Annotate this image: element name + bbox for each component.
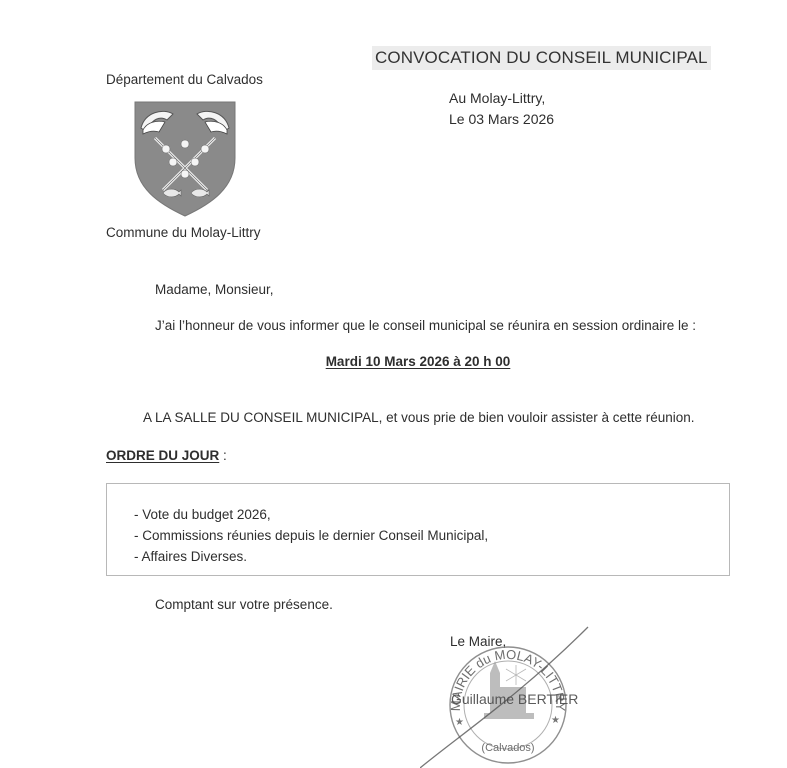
meeting-datetime: Mardi 10 Mars 2026 à 20 h 00 [0,354,787,369]
date-line: Le 03 Mars 2026 [449,111,554,127]
agenda-heading-text: ORDRE DU JOUR [106,448,219,463]
document-title: CONVOCATION DU CONSEIL MUNICIPAL [372,46,711,70]
commune-label: Commune du Molay-Littry [106,225,261,240]
signatory-name: Guillaume BERTIER [451,691,578,707]
agenda-item: - Affaires Diverses. [134,546,488,567]
agenda-box: - Vote du budget 2026, - Commissions réu… [106,483,730,576]
stamp-bottom-text: (Calvados) [481,742,534,754]
svg-text:★: ★ [455,717,464,728]
agenda-heading-colon: : [219,448,227,463]
agenda-list: - Vote du budget 2026, - Commissions réu… [134,504,488,567]
meeting-location: A LA SALLE DU CONSEIL MUNICIPAL, et vous… [143,410,695,425]
department-label: Département du Calvados [106,72,263,87]
svg-text:★: ★ [551,715,560,726]
closing-line: Comptant sur votre présence. [155,597,333,612]
coat-of-arms-icon [133,100,237,217]
place-line: Au Molay-Littry, [449,90,545,106]
agenda-heading: ORDRE DU JOUR : [106,448,227,463]
agenda-item: - Commissions réunies depuis le dernier … [134,525,488,546]
salutation: Madame, Monsieur, [155,282,274,297]
agenda-item: - Vote du budget 2026, [134,504,488,525]
intro-paragraph: J’ai l’honneur de vous informer que le c… [155,318,696,333]
